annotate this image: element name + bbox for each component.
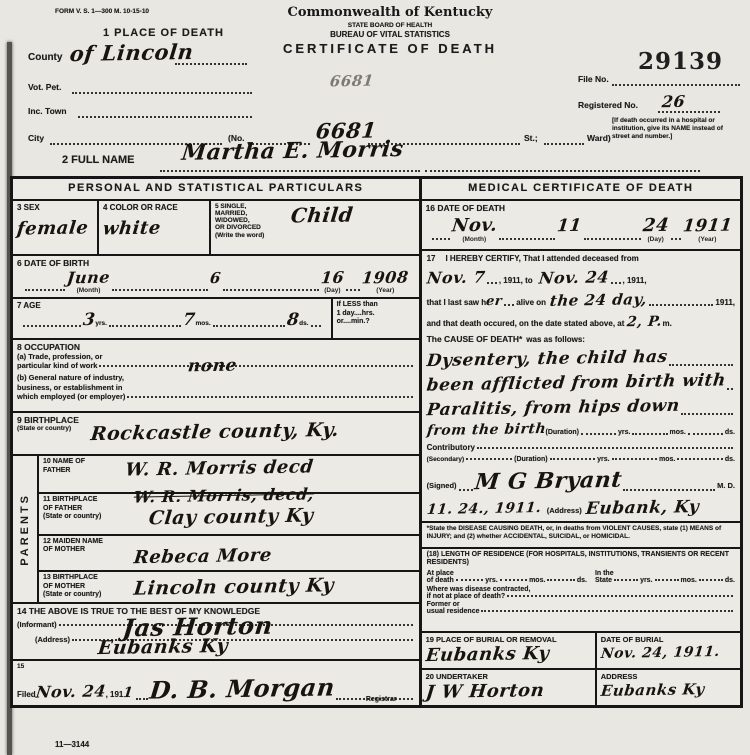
attended-from-year: , 1911, to: [499, 276, 533, 285]
physician-address-label: (Address): [547, 506, 582, 515]
where-contracted-line2: if not at place of death?: [427, 593, 735, 600]
state-board-subtitle: STATE BOARD OF HEALTH: [235, 22, 545, 29]
residence-at-place: At place of death yrs. mos. ds.: [427, 570, 587, 584]
physician-signature: M G Bryant: [473, 466, 623, 495]
mother-birthplace-field: 13 BIRTHPLACE OF MOTHER (State or countr…: [39, 570, 419, 602]
hospital-note: [If death occurred in a hospital or inst…: [612, 117, 730, 140]
filed-year-digit: 1: [123, 685, 135, 701]
age-months-unit: mos.: [195, 320, 210, 327]
mother-birthplace-value: Lincoln county Ky: [133, 574, 335, 599]
birth-month-value: June: [66, 267, 111, 287]
mother-birthplace-label: 13 BIRTHPLACE OF MOTHER (State or countr…: [43, 574, 133, 600]
parents-block: PARENTS 10 NAME OF FATHER W. R. Morris d…: [13, 456, 419, 604]
age-label: 7 AGE: [17, 301, 327, 310]
registrar-signature: D. B. Morgan: [148, 672, 336, 704]
contributory-label: Contributory: [427, 443, 475, 452]
father-birthplace-value: Clay county Ky: [148, 505, 315, 530]
birth-day-value: 16: [320, 267, 345, 286]
cause-line-2: been afflicted from birth with: [427, 373, 735, 393]
filed-year-printed: , 191: [106, 690, 124, 699]
filed-date-value: Nov. 24: [35, 681, 107, 701]
place-of-death-heading: 1 PLACE OF DEATH: [103, 27, 224, 39]
death-year-value: 1911: [682, 216, 734, 237]
duration2-label: (Duration): [514, 456, 547, 463]
signed-label: (Signed): [427, 481, 457, 490]
residence-label: (18) LENGTH OF RESIDENCE (FOR HOSPITALS,…: [427, 551, 735, 568]
marital-status-value: Child: [290, 202, 355, 227]
occupation-field: 8 OCCUPATION (a) Trade, profession, or p…: [13, 340, 419, 413]
burial-block: 19 PLACE OF BURIAL OR REMOVAL Eubanks Ky…: [422, 633, 740, 705]
date-of-birth-label: 6 DATE OF BIRTH: [17, 258, 415, 268]
birthplace-field: 9 BIRTHPLACE (State or country) Rockcast…: [13, 413, 419, 456]
birthplace-value: Rockcastle county, Ky.: [90, 419, 341, 445]
signed-date-address-line: 11. 24., 1911. (Address) Eubank, Ky: [427, 498, 735, 518]
undertaker-address-value: Eubanks Ky: [600, 680, 706, 700]
occupation-a-line2: particular kind of work: [17, 361, 97, 370]
md-label: M. D.: [717, 481, 735, 490]
commonwealth-title: Commonwealth of Kentucky: [235, 5, 545, 20]
color-race-label: 4 COLOR OR RACE: [103, 203, 205, 212]
filed-item-number: 15: [17, 663, 415, 670]
residence-in-state: In the State yrs. mos. ds.: [595, 570, 735, 584]
city-label: City: [28, 133, 44, 143]
parents-label: PARENTS: [19, 493, 31, 566]
contributory-line: Contributory: [427, 443, 735, 452]
county-dotted-line: [175, 62, 247, 65]
death-day-caption: (Day): [648, 236, 664, 243]
full-name-label: 2 FULL NAME: [62, 154, 135, 166]
personal-section-title: PERSONAL AND STATISTICAL PARTICULARS: [13, 179, 419, 201]
place-of-burial-label: 19 PLACE OF BURIAL OR REMOVAL: [426, 635, 591, 644]
death-occurred-text: and that death occured, on the date stat…: [427, 319, 625, 328]
father-name-label: 10 NAME OF FATHER: [43, 458, 125, 490]
color-race-value: white: [102, 217, 162, 239]
bureau-subtitle: BUREAU OF VITAL STATISTICS: [235, 30, 545, 39]
death-time-m: m.: [662, 319, 671, 328]
sex-color-marital-row: 3 SEX female 4 COLOR OR RACE white 5 SIN…: [13, 201, 419, 256]
age-field: 7 AGE 3 yrs. 7 mos. 8 ds.: [13, 299, 419, 340]
age-years-value: 3: [82, 310, 96, 330]
last-saw-mid: alive on: [516, 298, 546, 307]
death-occurred-line: and that death occured, on the date stat…: [427, 314, 735, 330]
ward-label: Ward): [587, 133, 611, 143]
sex-label: 3 SEX: [17, 203, 93, 212]
certify-item-number: 17: [427, 254, 436, 263]
undertaker-value: J W Horton: [424, 680, 545, 703]
birth-month-caption: (Month): [77, 287, 101, 294]
filed-label: Filed: [17, 690, 36, 699]
personal-particulars-column: PERSONAL AND STATISTICAL PARTICULARS 3 S…: [13, 179, 422, 705]
signed-line: (Signed) M G Bryant M. D.: [427, 468, 735, 494]
file-number-value: 29139: [638, 48, 723, 75]
certification-block: 17 I HEREBY CERTIFY, That I attended dec…: [422, 251, 740, 523]
age-days-unit: ds.: [299, 320, 308, 327]
cause-of-death-rest: was as follows:: [526, 335, 585, 344]
length-of-residence-block: (18) LENGTH OF RESIDENCE (FOR HOSPITALS,…: [422, 549, 740, 633]
date-of-death-label: 16 DATE OF DEATH: [426, 203, 736, 213]
age-days-value: 8: [286, 310, 300, 330]
former-residence-line1: Former or: [427, 601, 735, 608]
place-of-burial-value: Eubanks Ky: [424, 643, 550, 666]
occupation-b-line2: business, or establishment in: [17, 383, 415, 392]
informant-address-label: (Address): [35, 635, 70, 644]
date-of-burial-value: Nov. 24, 1911.: [600, 644, 721, 662]
death-stray-digits: 11: [556, 216, 583, 236]
secondary-duration-line: (Secondary) (Duration) yrs. mos. ds.: [427, 456, 735, 463]
age-main-cell: 7 AGE 3 yrs. 7 mos. 8 ds.: [13, 299, 331, 338]
physician-address-value: Eubank, Ky: [585, 497, 700, 519]
certificate-body: PERSONAL AND STATISTICAL PARTICULARS 3 S…: [10, 176, 743, 708]
full-name-dotted-line-1: [160, 169, 420, 172]
last-saw-line: that I last saw h er alive on the 24 day…: [427, 291, 735, 309]
signed-date: 11. 24., 1911.: [426, 500, 542, 518]
registered-no-value: 26: [661, 92, 686, 111]
certify-intro-text: I HEREBY CERTIFY, That I attended deceas…: [445, 254, 638, 263]
certificate-scan: FORM V. S. 1—300 M. 10-15-10 Commonwealt…: [0, 0, 750, 755]
date-of-birth-field: 6 DATE OF BIRTH June (Month) 6 16 (Day): [13, 256, 419, 299]
last-saw-year: 1911,: [715, 298, 735, 307]
street-label: St.;: [524, 133, 538, 143]
parents-vertical-label-strip: PARENTS: [13, 456, 39, 602]
filed-block: 15 Filed Nov. 24 , 191 1 D. B. Morgan Re…: [13, 661, 419, 705]
secondary-label: (Secondary): [427, 456, 465, 463]
inc-town-label: Inc. Town: [28, 106, 67, 116]
vot-pet-label: Vot. Pet.: [28, 82, 61, 92]
where-contracted-line1: Where was disease contracted,: [427, 586, 735, 593]
death-year-caption: (Year): [698, 236, 716, 243]
form-number: FORM V. S. 1—300 M. 10-15-10: [55, 8, 149, 15]
attended-from-date: Nov. 7: [426, 267, 486, 287]
full-name-value: Martha E. Morris: [180, 136, 404, 166]
ward-dotted-line: [544, 142, 584, 145]
medical-certificate-column: MEDICAL CERTIFICATE OF DEATH 16 DATE OF …: [422, 179, 740, 705]
cause-footnote: *State the DISEASE CAUSING DEATH, or, in…: [422, 523, 740, 549]
cause-line-3: Paralitis, from hips down: [427, 398, 735, 418]
date-of-burial-label: DATE OF BURIAL: [601, 635, 736, 644]
inc-town-dotted-line: [78, 115, 252, 118]
birth-day-caption: (Day): [324, 287, 340, 294]
age-less-than-day-cell: If LESS than 1 day....hrs. or....min.?: [331, 299, 419, 338]
faint-certificate-number: 6681: [329, 72, 375, 91]
cause-line-1: Dysentery, the child has: [427, 349, 735, 369]
corner-form-number: 11—3144: [55, 740, 89, 749]
date-of-death-field: 16 DATE OF DEATH Nov. (Month) 11 24 (Day…: [422, 201, 740, 251]
occupation-a-value: none: [187, 356, 238, 377]
county-label: County: [28, 52, 62, 63]
mother-maiden-name-label: 12 MAIDEN NAME OF MOTHER: [43, 538, 133, 556]
sex-field: 3 SEX female: [13, 201, 99, 254]
cause-heading-line: The CAUSE OF DEATH* was as follows:: [427, 334, 735, 344]
age-months-value: 7: [182, 310, 196, 330]
registered-no-label: Registered No.: [578, 100, 638, 110]
informant-address-value: Eubanks Ky: [97, 635, 229, 659]
former-residence-line2: usual residence: [427, 608, 735, 615]
cause-of-death-bold: The CAUSE OF DEATH*: [427, 334, 523, 344]
mother-maiden-name-field: 12 MAIDEN NAME OF MOTHER Rebeca More: [39, 534, 419, 570]
medical-section-title: MEDICAL CERTIFICATE OF DEATH: [422, 179, 740, 201]
birth-year-caption: (Year): [376, 287, 394, 294]
undertaker-address-field: ADDRESS Eubanks Ky: [597, 670, 740, 705]
date-of-burial-field: DATE OF BURIAL Nov. 24, 1911.: [597, 633, 740, 668]
father-birthplace-struck-text: W. R. Morris, decd,: [133, 484, 315, 506]
death-time-value: 2, P.: [626, 313, 663, 330]
age-less-than-day-note: If LESS than 1 day....hrs. or....min.?: [337, 301, 415, 327]
color-race-field: 4 COLOR OR RACE white: [99, 201, 211, 254]
informant-label: (Informant): [17, 620, 57, 629]
father-birthplace-label: 11 BIRTHPLACE OF FATHER (State or countr…: [43, 496, 133, 522]
attended-dates-line: Nov. 7 , 1911, to Nov. 24 , 1911,: [427, 268, 735, 287]
sex-value: female: [16, 217, 90, 239]
marital-status-field: 5 SINGLE, MARRIED, WIDOWED, OR DIVORCED …: [211, 201, 419, 254]
undertaker-field: 20 UNDERTAKER J W Horton: [422, 670, 597, 705]
occupation-b-line3: which employed (or employer): [17, 392, 125, 401]
mother-maiden-name-value: Rebeca More: [133, 544, 273, 567]
attended-to-date: Nov. 24: [538, 267, 610, 287]
vot-pet-dotted-line: [72, 91, 252, 94]
file-number-dotted-line: [612, 83, 740, 86]
birth-stray-digit: 6: [209, 269, 222, 287]
last-saw-pre: that I last saw h: [427, 298, 487, 307]
place-of-burial-field: 19 PLACE OF BURIAL OR REMOVAL Eubanks Ky: [422, 633, 597, 668]
file-number-label: File No.: [578, 74, 609, 84]
duration-label: (Duration): [546, 429, 579, 436]
last-saw-her: er: [485, 294, 503, 309]
birth-year-value: 1908: [361, 267, 410, 287]
death-month-value: Nov.: [450, 215, 498, 237]
death-day-value: 24: [641, 215, 669, 236]
certificate-title: CERTIFICATE OF DEATH: [235, 41, 545, 56]
death-month-caption: (Month): [462, 236, 486, 243]
undertaker-address-label: ADDRESS: [601, 672, 736, 681]
cause-tail: from the birth: [426, 421, 547, 439]
father-birthplace-field: 11 BIRTHPLACE OF FATHER (State or countr…: [39, 492, 419, 534]
registered-no-dotted-line: [658, 110, 720, 113]
last-saw-date: the 24 day,: [549, 290, 648, 310]
registrar-label: Registrar: [366, 696, 397, 703]
occupation-label: 8 OCCUPATION: [17, 342, 415, 352]
cause-duration-line: from the birth (Duration) yrs. mos. ds.: [427, 422, 735, 438]
age-years-unit: yrs.: [95, 320, 107, 327]
certify-intro-line: 17 I HEREBY CERTIFY, That I attended dec…: [427, 254, 735, 263]
full-name-dotted-line-2: [425, 169, 700, 172]
attended-to-year: , 1911,: [623, 276, 647, 285]
informant-block: 14 THE ABOVE IS TRUE TO THE BEST OF MY K…: [13, 604, 419, 661]
